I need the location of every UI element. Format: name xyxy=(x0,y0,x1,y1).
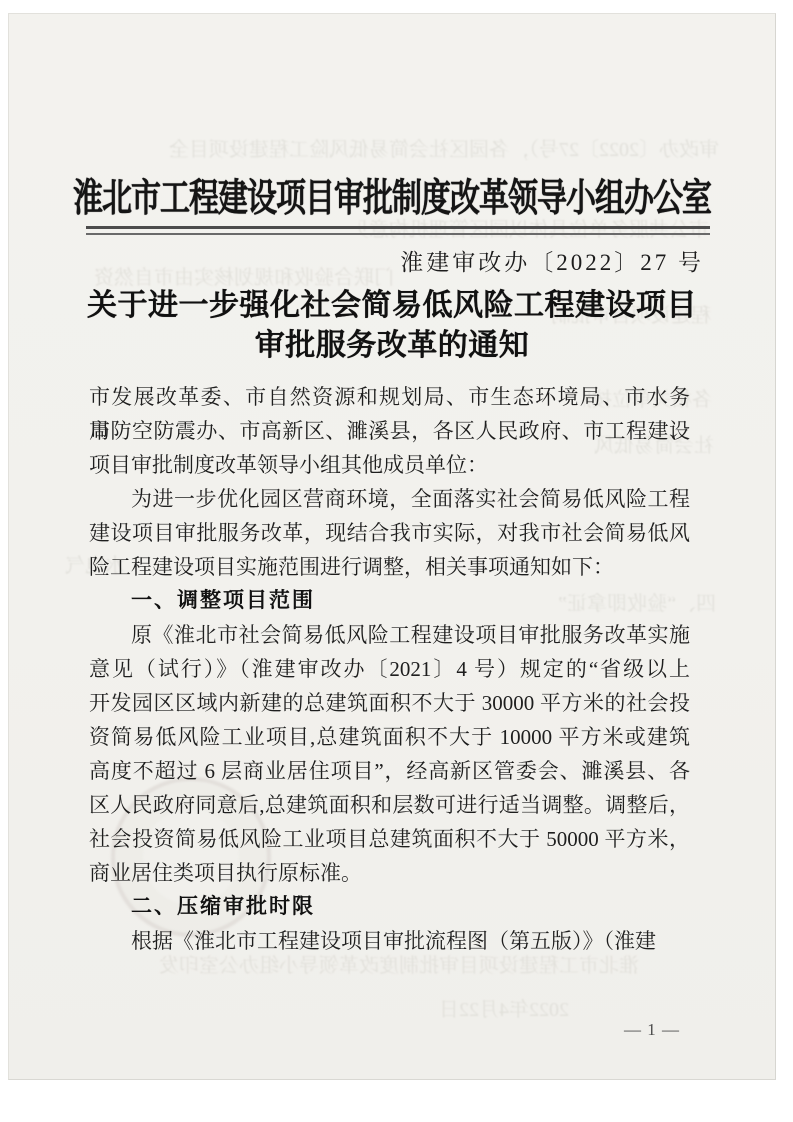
body-line: 二、压缩审批时限 xyxy=(89,890,690,924)
page-number: — 1 — xyxy=(624,1020,680,1040)
body-line: 为进一步优化园区营商环境，全面落实社会简易低风险工程 xyxy=(89,482,690,516)
body-line: 区人民政府同意后,总建筑面积和层数可进行适当调整。调整后， xyxy=(89,788,690,822)
bleedthrough-text: 审改办〔2022〕27号），各园区社会简易低风险工程建设项目全 xyxy=(64,138,719,163)
double-rule-divider xyxy=(86,226,710,235)
issuing-office-header: 淮北市工程建设项目审批制度改革领导小组办公室 xyxy=(9,166,775,222)
body-line: 建设项目审批服务改革，现结合我市实际，对我市社会简易低风 xyxy=(89,516,690,550)
body-line: 高度不超过 6 层商业居住项目”，经高新区管委会、濉溪县、各 xyxy=(89,754,690,788)
body-line: 根据《淮北市工程建设项目审批流程图（第五版）》（淮建 xyxy=(89,924,690,958)
body-line: 一、调整项目范围 xyxy=(89,584,690,618)
body-line: 原《淮北市社会简易低风险工程建设项目审批服务改革实施 xyxy=(89,618,690,652)
body-line: 开发园区区域内新建的总建筑面积不大于 30000 平方米的社会投 xyxy=(89,686,690,720)
document-body: 市发展改革委、市自然资源和规划局、市生态环境局、市水务局、市防空防震办、市高新区… xyxy=(89,380,690,958)
body-line: 意见（试行）》（淮建审改办〔2021〕4 号）规定的“省级以上 xyxy=(89,652,690,686)
body-line: 商业居住类项目执行原标准。 xyxy=(89,856,690,890)
document-number: 淮建审改办〔2022〕27 号 xyxy=(400,244,704,277)
bleedthrough-text: 2022年4月22日 xyxy=(299,998,569,1023)
scan-canvas: { "document": { "issuing_office": "淮北市工程… xyxy=(0,0,793,1122)
document-title-line1: 关于进一步强化社会简易低风险工程建设项目 xyxy=(9,286,775,326)
document-title: 关于进一步强化社会简易低风险工程建设项目 审批服务改革的通知 xyxy=(9,286,775,366)
document-title-line2: 审批服务改革的通知 xyxy=(9,326,775,366)
scanned-page: 审改办〔2022〕27号），各园区社会简易低风险工程建设项目全市公共服务单位具体… xyxy=(8,13,776,1080)
body-line: 市防空防震办、市高新区、濉溪县，各区人民政府、市工程建设 xyxy=(89,414,690,448)
body-line: 险工程建设项目实施范围进行调整，相关事项通知如下： xyxy=(89,550,690,584)
body-line: 项目审批制度改革领导小组其他成员单位： xyxy=(89,448,690,482)
body-line: 资简易低风险工业项目,总建筑面积不大于 10000 平方米或建筑 xyxy=(89,720,690,754)
body-line: 社会投资简易低风险工业项目总建筑面积不大于 50000 平方米， xyxy=(89,822,690,856)
body-line: 市发展改革委、市自然资源和规划局、市生态环境局、市水务局、 xyxy=(89,380,690,414)
